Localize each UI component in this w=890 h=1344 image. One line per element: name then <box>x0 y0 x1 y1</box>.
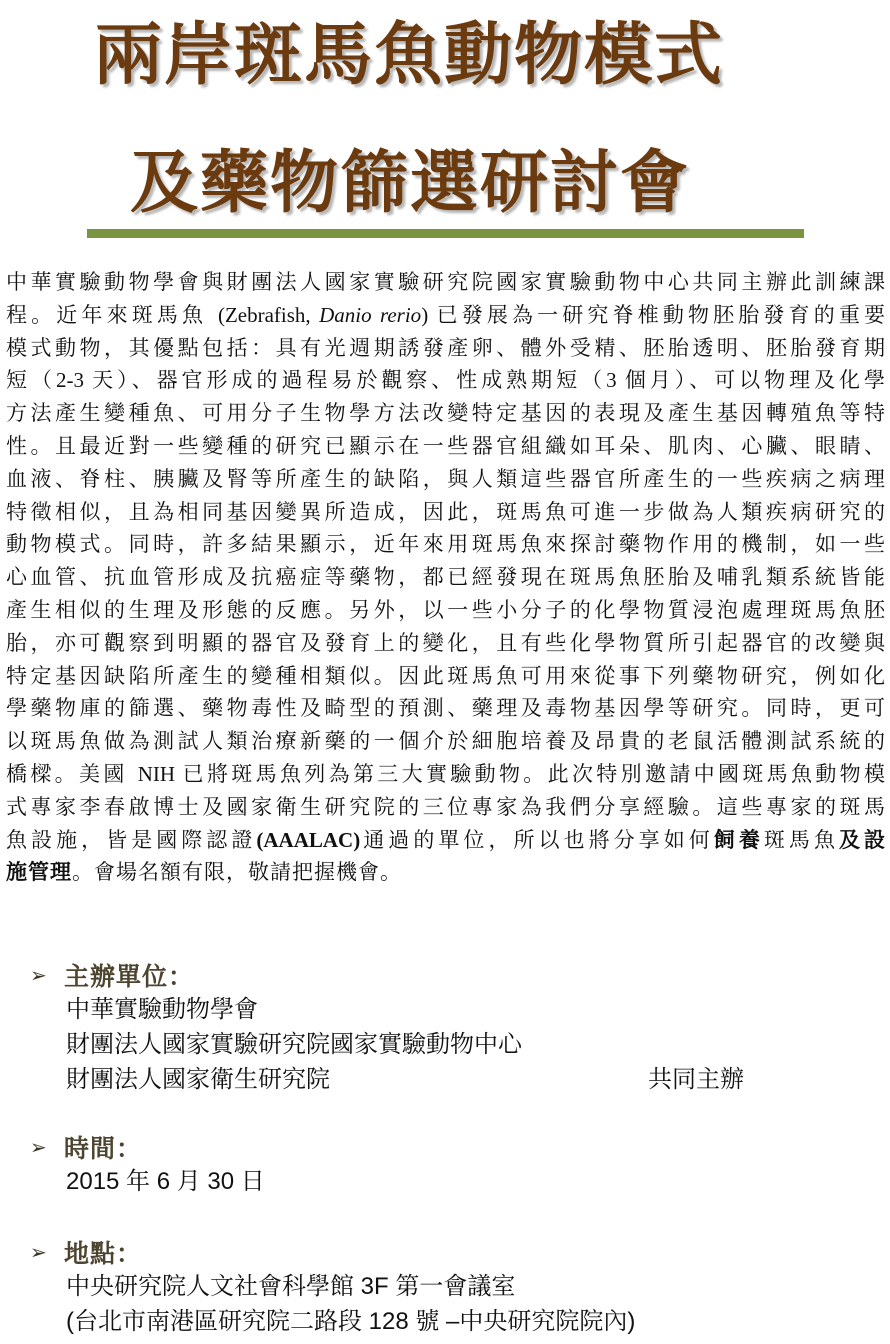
arrow-bullet-icon: ➢ <box>30 1135 52 1160</box>
intro-line: 施管理。會場名額有限，敬請把握機會。 <box>6 856 886 889</box>
intro-paragraph: 中華實驗動物學會與財團法人國家實驗研究院國家實驗動物中心共同主辦此訓練課程。近年… <box>6 266 886 889</box>
intro-line: 橋樑。美國 NIH 已將斑馬魚列為第三大實驗動物。此次特別邀請中國斑馬魚動物模 <box>6 758 886 791</box>
intro-text: 方法產生變種魚、可用分子生物學方法改變特定基因的表現及產生基因轉殖魚等特 <box>6 401 886 425</box>
section-location: ➢ 地點： 中央研究院人文社會科學館 3F 第一會議室 (台北市南港區研究院二路… <box>30 1235 635 1339</box>
intro-text: 。會場名額有限，敬請把握機會。 <box>72 860 402 884</box>
intro-line: 胎，亦可觀察到明顯的器官及發育上的變化，且有些化學物質所引起器官的改變與 <box>6 627 886 660</box>
section-heading-location: 地點： <box>64 1234 142 1270</box>
intro-line: 中華實驗動物學會與財團法人國家實驗研究院國家實驗動物中心共同主辦此訓練課 <box>6 266 886 299</box>
intro-line: 產生相似的生理及形態的反應。另外，以一些小分子的化學物質浸泡處理斑馬魚胚 <box>6 594 886 627</box>
intro-line: 短（2-3 天）、器官形成的過程易於觀察、性成熟期短（3 個月）、可以物理及化學 <box>6 364 886 397</box>
organizer-item: 財團法人國家實驗研究院國家實驗動物中心 <box>66 1027 522 1062</box>
intro-text: 心血管、抗血管形成及抗癌症等藥物，都已經發現在斑馬魚胚胎及哺乳類系統皆能 <box>6 565 886 589</box>
intro-text: 特徵相似，且為相同基因變異所造成，因此，斑馬魚可進一步做為人類疾病研究的 <box>6 500 886 524</box>
emphasis-text: 飼養 <box>714 827 764 852</box>
arrow-bullet-icon: ➢ <box>30 1240 52 1265</box>
intro-text: 魚設施，皆是國際認證 <box>6 828 256 852</box>
intro-text: ) <box>421 303 436 327</box>
intro-text: NIH <box>138 762 183 786</box>
section-time: ➢ 時間： 2015 年 6 月 30 日 <box>30 1130 265 1199</box>
title-line-1: 兩岸斑馬魚動物模式 <box>94 22 890 90</box>
intro-line: 特定基因缺陷所產生的變種相類似。因此斑馬魚可用來從事下列藥物研究，例如化 <box>6 660 886 693</box>
venue-address: (台北市南港區研究院二路段 128 號 –中央研究院院內) <box>66 1304 635 1339</box>
intro-line: 魚設施，皆是國際認證(AAALAC)通過的單位，所以也將分享如何飼養斑馬魚及設 <box>6 824 886 857</box>
intro-text: 天）、器官形成的過程易於觀察、性成熟期短（ <box>92 368 606 392</box>
intro-line: 方法產生變種魚、可用分子生物學方法改變特定基因的表現及產生基因轉殖魚等特 <box>6 397 886 430</box>
intro-text: 以斑馬魚做為測試人類治療新藥的一個介於細胞培養及昂貴的老鼠活體測試系統的 <box>6 729 886 753</box>
intro-text: 特定基因缺陷所產生的變種相類似。因此斑馬魚可用來從事下列藥物研究，例如化 <box>6 664 886 688</box>
intro-text: 學藥物庫的篩選、藥物毒性及畸型的預測、藥理及毒物基因學等研究。同時，更可 <box>6 696 886 720</box>
organizer-item-row: 財團法人國家衛生研究院 共同主辦 <box>66 1062 522 1097</box>
intro-text: Danio rerio <box>319 303 421 327</box>
emphasis-text: 施管理 <box>6 859 72 884</box>
intro-text: 3 <box>606 368 625 392</box>
intro-line: 程。近年來斑馬魚 (Zebrafish, Danio rerio) 已發展為一研… <box>6 299 886 332</box>
organizer-item: 財團法人國家衛生研究院 <box>66 1066 330 1093</box>
co-host-note: 共同主辦 <box>648 1062 744 1097</box>
arrow-bullet-icon: ➢ <box>30 963 52 988</box>
intro-text: 中華實驗動物學會與財團法人國家實驗研究院國家實驗動物中心共同主辦此訓練課 <box>6 270 886 294</box>
intro-text: (Zebrafish, <box>218 303 319 327</box>
intro-line: 模式動物，其優點包括：具有光週期誘發產卵、體外受精、胚胎透明、胚胎發育期 <box>6 332 886 365</box>
intro-text: 胎，亦可觀察到明顯的器官及發育上的變化，且有些化學物質所引起器官的改變與 <box>6 631 886 655</box>
intro-text: 斑馬魚 <box>764 828 839 852</box>
intro-text: 2-3 <box>56 368 92 392</box>
intro-text: 已發展為一研究脊椎動物胚胎發育的重要 <box>437 303 886 327</box>
intro-line: 性。且最近對一些變種的研究已顯示在一些器官組織如耳朵、肌肉、心臟、眼睛、 <box>6 430 886 463</box>
intro-text: 式專家李春啟博士及國家衛生研究院的三位專家為我們分享經驗。這些專家的斑馬 <box>6 795 886 819</box>
intro-text: 模式動物，其優點包括：具有光週期誘發產卵、體外受精、胚胎透明、胚胎發育期 <box>6 336 886 360</box>
intro-line: 特徵相似，且為相同基因變異所造成，因此，斑馬魚可進一步做為人類疾病研究的 <box>6 496 886 529</box>
intro-line: 以斑馬魚做為測試人類治療新藥的一個介於細胞培養及昂貴的老鼠活體測試系統的 <box>6 725 886 758</box>
intro-line: 心血管、抗血管形成及抗癌症等藥物，都已經發現在斑馬魚胚胎及哺乳類系統皆能 <box>6 561 886 594</box>
section-heading-organizers: 主辦單位： <box>64 957 194 993</box>
intro-text: 血液、脊柱、胰臟及腎等所產生的缺陷，與人類這些器官所產生的一些疾病之病理 <box>6 467 886 491</box>
intro-text: 已將斑馬魚列為第三大實驗動物。此次特別邀請中國斑馬魚動物模 <box>183 762 886 786</box>
organizer-item: 中華實驗動物學會 <box>66 992 522 1027</box>
intro-line: 動物模式。同時，許多結果顯示，近年來用斑馬魚來探討藥物作用的機制，如一些 <box>6 528 886 561</box>
event-date: 2015 年 6 月 30 日 <box>66 1164 265 1199</box>
emphasis-text: (AAALAC) <box>256 828 360 852</box>
intro-text: 動物模式。同時，許多結果顯示，近年來用斑馬魚來探討藥物作用的機制，如一些 <box>6 532 886 556</box>
intro-line: 學藥物庫的篩選、藥物毒性及畸型的預測、藥理及毒物基因學等研究。同時，更可 <box>6 692 886 725</box>
section-heading-time: 時間： <box>64 1129 142 1165</box>
intro-text: 產生相似的生理及形態的反應。另外，以一些小分子的化學物質浸泡處理斑馬魚胚 <box>6 598 886 622</box>
intro-text: 程。近年來斑馬魚 <box>6 303 218 327</box>
venue-name: 中央研究院人文社會科學館 3F 第一會議室 <box>66 1269 635 1304</box>
emphasis-text: 及設 <box>839 827 886 852</box>
intro-text: 橋樑。美國 <box>6 762 138 786</box>
title-divider <box>87 229 804 238</box>
intro-text: 短（ <box>6 368 56 392</box>
intro-text: 個月）、可以物理及化學 <box>625 368 886 392</box>
intro-text: 通過的單位，所以也將分享如何 <box>360 828 714 852</box>
intro-text: 性。且最近對一些變種的研究已顯示在一些器官組織如耳朵、肌肉、心臟、眼睛、 <box>6 434 886 458</box>
intro-line: 式專家李春啟博士及國家衛生研究院的三位專家為我們分享經驗。這些專家的斑馬 <box>6 791 886 824</box>
section-organizers: ➢ 主辦單位： 中華實驗動物學會 財團法人國家實驗研究院國家實驗動物中心 財團法… <box>30 958 522 1097</box>
intro-line: 血液、脊柱、胰臟及腎等所產生的缺陷，與人類這些器官所產生的一些疾病之病理 <box>6 463 886 496</box>
title-line-2: 及藥物篩選研討會 <box>130 150 890 218</box>
